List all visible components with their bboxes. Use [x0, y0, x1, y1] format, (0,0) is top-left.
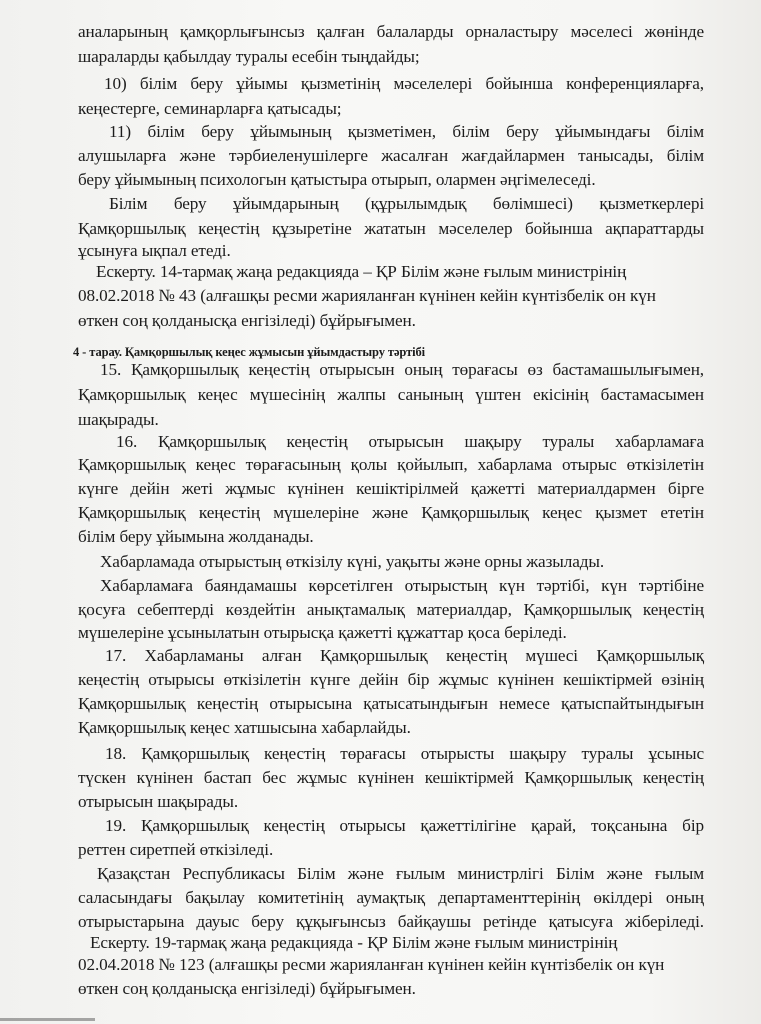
text-line: отырысын шақырады.	[78, 792, 238, 812]
text-line: өткен соң қолданысқа енгізіледі) бұйрығы…	[78, 311, 416, 331]
text-line: 16. Қамқоршылық кеңестің отырысын шақыру…	[116, 432, 704, 452]
text-line: Ескерту. 19-тармақ жаңа редакцияда - ҚР …	[90, 933, 617, 953]
text-line: өткен соң қолданысқа енгізіледі) бұйрығы…	[78, 979, 416, 999]
text-line: Қамқоршылық кеңес мүшесінің жалпы саныны…	[78, 385, 704, 405]
text-line: Қамқоршылық кеңестің отырысына қатысатын…	[78, 694, 704, 714]
text-line: 11) білім беру ұйымының қызметімен, білі…	[109, 122, 704, 142]
scan-edge-mark	[0, 1018, 95, 1021]
text-line: 19. Қамқоршылық кеңестің отырысы қажетті…	[105, 816, 704, 836]
text-line: шақырады.	[78, 410, 159, 430]
text-line: Қамқоршылық кеңестің құзыретіне жататын …	[78, 219, 704, 239]
text-line: 02.04.2018 № 123 (алғашқы ресми жариялан…	[78, 955, 664, 975]
section-heading: 4 - тарау. Қамқоршылық кеңес жұмысын ұйы…	[73, 342, 425, 362]
text-line: отырыстарына дауыс беру құқығынсыз байқа…	[78, 912, 704, 932]
text-line: мүшелеріне ұсынылатын отырысқа қажетті қ…	[78, 623, 567, 643]
scanned-document-page: аналарының қамқорлығынсыз қалған балалар…	[0, 0, 761, 1024]
text-line: 08.02.2018 № 43 (алғашқы ресми жарияланғ…	[78, 286, 656, 306]
text-line: 18. Қамқоршылық кеңестің төрағасы отырыс…	[105, 744, 704, 764]
text-line: Ескерту. 14-тармақ жаңа редакцияда – ҚР …	[96, 262, 626, 282]
text-line: ұсынуға ықпал етеді.	[78, 241, 231, 261]
text-line: реттен сиретпей өткізіледі.	[78, 840, 273, 860]
text-line: түскен күнінен бастап бес жұмыс күнінен …	[78, 768, 704, 788]
text-line: кеңестерге, семинарларға қатысады;	[78, 99, 341, 119]
text-line: кеңестің отырысы өткізілетін күнге дейін…	[78, 670, 704, 690]
text-line: Білім беру ұйымдарының (құрылымдық бөлім…	[109, 194, 704, 214]
text-line: білім беру ұйымына жолданады.	[78, 527, 314, 547]
text-line: саласындағы бақылау комитетінің аумақтық…	[78, 888, 704, 908]
text-line: аналарының қамқорлығынсыз қалған балалар…	[78, 22, 704, 42]
text-line: Қамқоршылық кеңес хатшысына хабарлайды.	[78, 718, 411, 738]
text-line: 17. Хабарламаны алған Қамқоршылық кеңест…	[105, 646, 704, 666]
text-line: шараларды қабылдау туралы есебін тыңдайд…	[78, 47, 420, 67]
text-line: 10) білім беру ұйымы қызметінің мәселеле…	[104, 74, 704, 94]
text-line: Хабарламаға баяндамашы көрсетілген отыры…	[100, 576, 704, 596]
text-line: күнге дейін жеті жұмыс күнінен кешіктірі…	[78, 479, 704, 499]
text-line: Хабарламада отырыстың өткізілу күні, уақ…	[100, 552, 604, 572]
text-line: Қамқоршылық кеңес төрағасының қолы қойыл…	[78, 455, 704, 475]
text-line: 15. Қамқоршылық кеңестің отырысын оның т…	[100, 360, 704, 380]
text-line: Қамқоршылық кеңестің мүшелеріне және Қам…	[78, 503, 704, 523]
text-line: беру ұйымының психологын қатыстыра отыры…	[78, 170, 596, 190]
text-line: қосуға себептерді көздейтін анықтамалық …	[78, 600, 704, 620]
text-line: Қазақстан Республикасы Білім және ғылым …	[97, 864, 704, 884]
text-line: алушыларға және тәрбиеленушілерге жасалғ…	[78, 146, 704, 166]
